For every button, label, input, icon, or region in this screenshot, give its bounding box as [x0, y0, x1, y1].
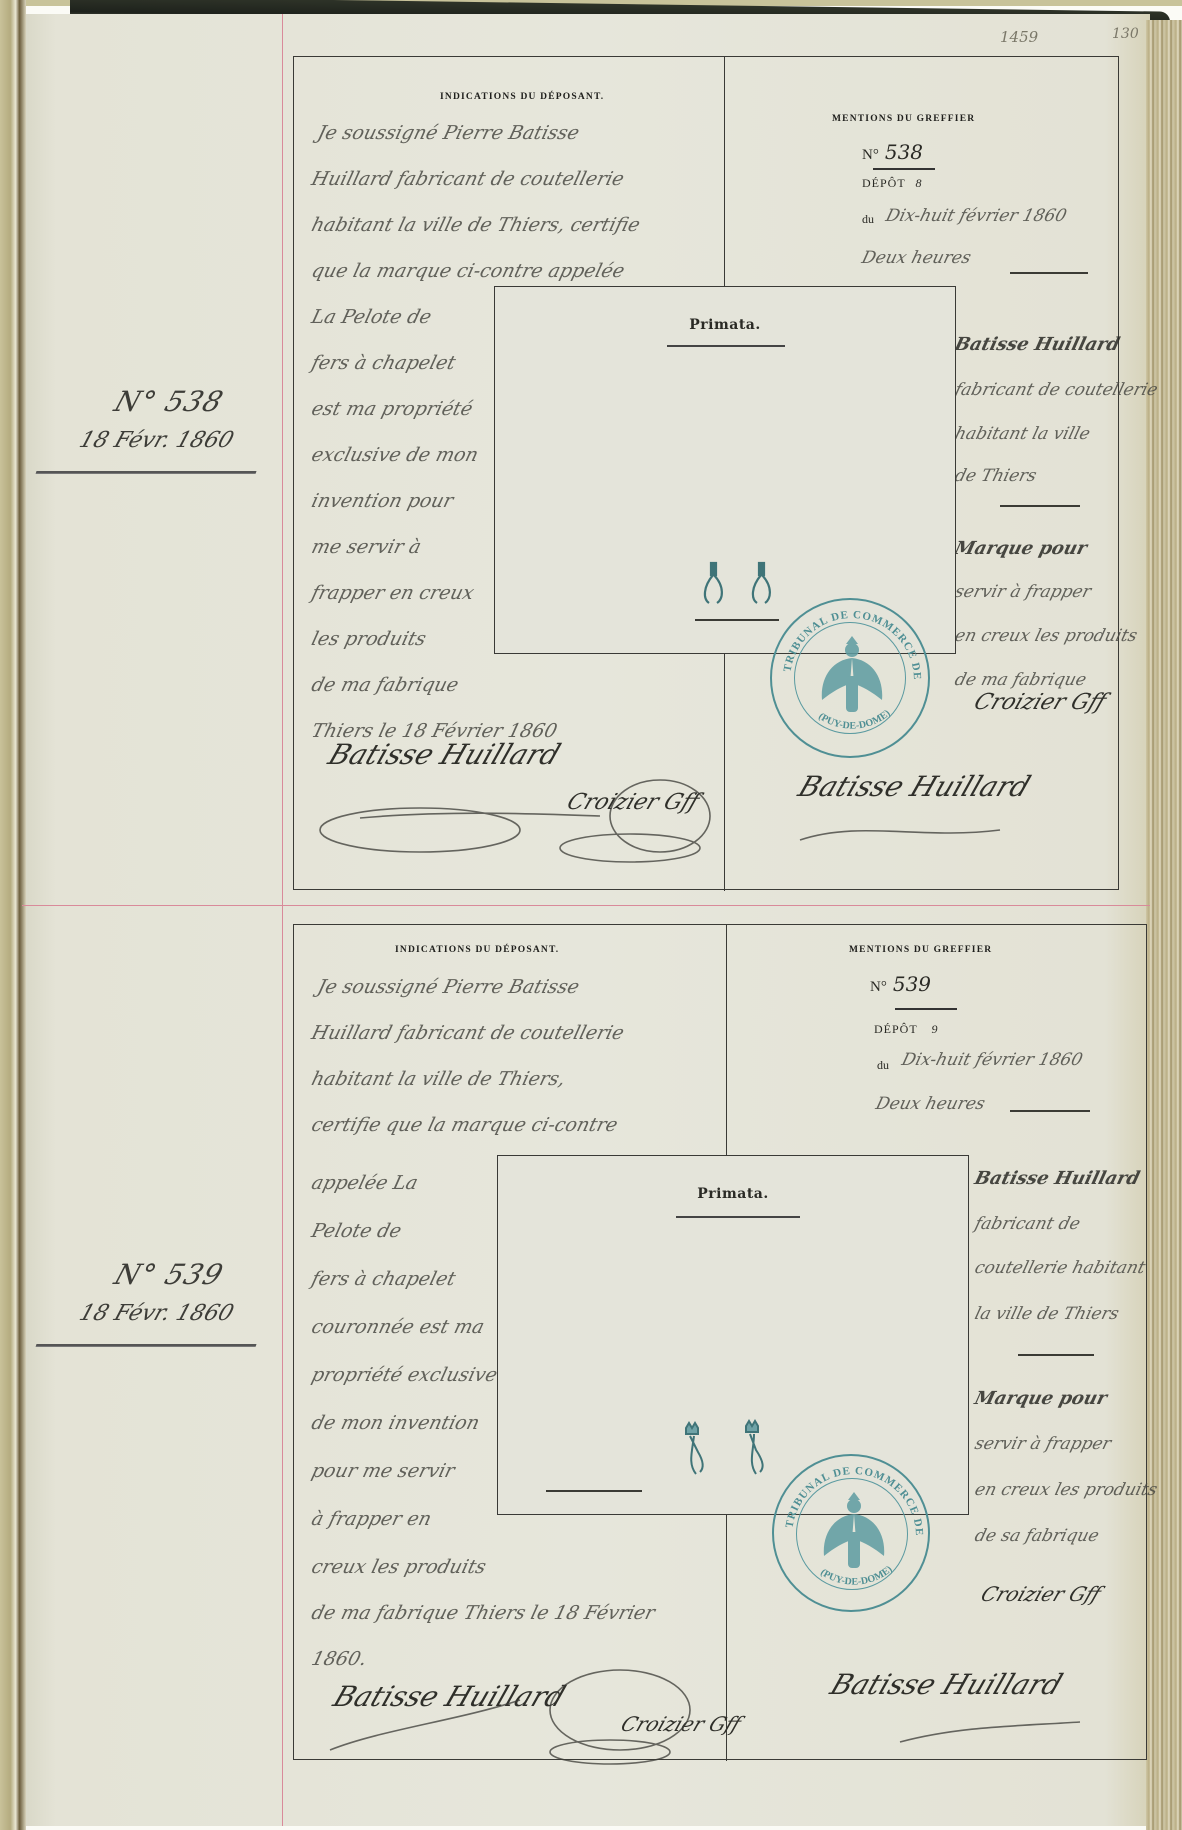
depot-text: DÉPÔT	[862, 176, 905, 190]
handwritten-line: la ville de Thiers	[969, 1290, 1125, 1339]
handwritten-line: La Pelote de	[306, 294, 436, 340]
handwritten-line: servir à frapper	[969, 1420, 1117, 1469]
margin-entry-date: 18 Févr. 1860	[42, 428, 270, 453]
handwritten-line: Huillard fabricant de coutellerie	[306, 1010, 629, 1056]
eagle-crest-icon: TRIBUNAL DE COMMERCE DE THIERS (PUY-DE-D…	[774, 1456, 934, 1616]
folio-number: 130	[1112, 26, 1139, 42]
eagle-crest-icon: TRIBUNAL DE COMMERCE DE THIERS (PUY-DE-D…	[772, 600, 932, 760]
mark-box-title: Primata.	[498, 1186, 968, 1202]
handwritten-line: en creux les produits	[949, 612, 1143, 661]
handwritten-line: fabricant de	[969, 1200, 1086, 1249]
handwritten-line: certifie que la marque ci-contre	[306, 1102, 623, 1148]
number-label: N°	[870, 979, 887, 995]
mark-box-title: Primata.	[495, 317, 955, 333]
handwritten-line: creux les produits	[306, 1544, 491, 1590]
handwritten-line: les produits	[306, 616, 431, 662]
handwritten-line: propriété exclusive	[306, 1352, 502, 1398]
handwritten-line: Marque pour	[969, 1374, 1113, 1423]
margin-rule-horizontal	[22, 905, 1150, 906]
handwritten-line: Huillard fabricant de coutellerie	[306, 156, 629, 202]
handwritten-line: de sa fabrique	[969, 1512, 1105, 1561]
handwritten-line: invention pour	[306, 478, 458, 524]
handwritten-line: servir à frapper	[949, 568, 1097, 617]
registrar-number-line: N°538	[862, 140, 923, 164]
trademark-box-538: Primata.	[494, 286, 956, 654]
handwritten-line: fabricant de coutellerie	[949, 366, 1163, 415]
separator-rule	[1010, 1110, 1090, 1112]
du-label: du	[862, 212, 874, 227]
registrar-number: 539	[893, 972, 931, 996]
deposit-time-handwritten: Deux heures	[870, 1080, 991, 1129]
page-stack-edge	[1146, 20, 1182, 1830]
handwritten-line: Batisse Huillard	[969, 1154, 1146, 1203]
tribunal-stamp: TRIBUNAL DE COMMERCE DE THIERS (PUY-DE-D…	[770, 598, 930, 758]
handwritten-line: frapper en creux	[306, 570, 479, 616]
margin-entry-number: N° 539	[54, 1258, 285, 1291]
handwritten-line: appelée La	[306, 1160, 423, 1206]
margin-entry-date: 18 Févr. 1860	[42, 1301, 270, 1326]
page-gutter	[0, 0, 26, 1830]
handwritten-line: pour me servir	[306, 1448, 460, 1494]
registrar-number: 538	[885, 140, 923, 164]
handwritten-line: à frapper en	[306, 1496, 436, 1542]
registrar-number-line: N°539	[870, 972, 931, 996]
handwritten-line: est ma propriété	[306, 386, 478, 432]
signature-flourish	[300, 1660, 1130, 1770]
deponent-signature: Batisse Huillard	[324, 738, 565, 771]
handwritten-line: me servir à	[306, 524, 426, 570]
margin-underline	[36, 1344, 257, 1347]
number-underline	[873, 168, 935, 170]
handwritten-line: Je soussigné Pierre Batisse	[312, 964, 584, 1010]
right-column-header: Mentions du greffier	[832, 114, 975, 124]
handwritten-line: habitant la ville de Thiers, certifie	[306, 202, 645, 248]
register-book: 1459 130 N° 538 18 Févr. 1860 Indication…	[0, 0, 1182, 1830]
tribunal-stamp: TRIBUNAL DE COMMERCE DE THIERS (PUY-DE-D…	[772, 1454, 930, 1612]
left-column-header: Indications du déposant.	[440, 92, 604, 102]
handwritten-line: fers à chapelet	[306, 1256, 461, 1302]
title-underline	[667, 345, 785, 347]
depot-label: DÉPÔT 8	[862, 176, 922, 191]
margin-reference-538: N° 538 18 Févr. 1860	[36, 385, 285, 474]
handwritten-line: Batisse Huillard	[949, 320, 1126, 369]
depot-text: DÉPÔT	[874, 1022, 917, 1036]
number-label: N°	[862, 147, 879, 163]
depot-mark: 9	[931, 1022, 938, 1036]
left-column-header: Indications du déposant.	[395, 945, 559, 955]
number-underline	[895, 1008, 957, 1010]
handwritten-line: en creux les produits	[969, 1466, 1163, 1515]
separator-rule	[1000, 505, 1080, 507]
handwritten-line: Je soussigné Pierre Batisse	[312, 110, 584, 156]
title-underline	[676, 1216, 800, 1218]
deposit-time-handwritten: Deux heures	[856, 234, 977, 283]
handwritten-line: de ma fabrique Thiers le 18 Février	[306, 1590, 660, 1636]
margin-rule-vertical	[282, 14, 283, 1826]
margin-underline	[36, 471, 257, 474]
handwritten-line: coutellerie habitant	[969, 1244, 1151, 1293]
handwritten-line: de mon invention	[306, 1400, 485, 1446]
registrar-signature-right: Croizier Gff	[970, 690, 1109, 715]
separator-rule	[1010, 272, 1088, 274]
margin-entry-number: N° 538	[54, 385, 285, 418]
margin-reference-539: N° 539 18 Févr. 1860	[36, 1258, 285, 1347]
handwritten-line: de Thiers	[949, 452, 1042, 501]
deposit-date-handwritten: Dix-huit février 1860	[896, 1036, 1088, 1085]
depot-label: DÉPÔT 9	[874, 1022, 938, 1037]
registrar-signature-right: Croizier Gff	[978, 1582, 1105, 1606]
right-column-header: Mentions du greffier	[849, 945, 992, 955]
handwritten-line: habitant la ville de Thiers,	[306, 1056, 570, 1102]
handwritten-line: couronnée est ma	[306, 1304, 489, 1350]
du-label: du	[877, 1058, 889, 1073]
handwritten-line: exclusive de mon	[306, 432, 483, 478]
signature-flourish	[300, 770, 1120, 880]
folio-note: 1459	[1000, 28, 1038, 46]
handwritten-line: Marque pour	[949, 524, 1093, 573]
handwritten-line: de ma fabrique	[306, 662, 464, 708]
mark-underline	[695, 619, 779, 621]
depot-mark: 8	[915, 176, 922, 190]
mark-underline	[546, 1490, 642, 1492]
separator-rule	[1018, 1354, 1094, 1356]
handwritten-line: fers à chapelet	[306, 340, 461, 386]
handwritten-line: Pelote de	[306, 1208, 407, 1254]
